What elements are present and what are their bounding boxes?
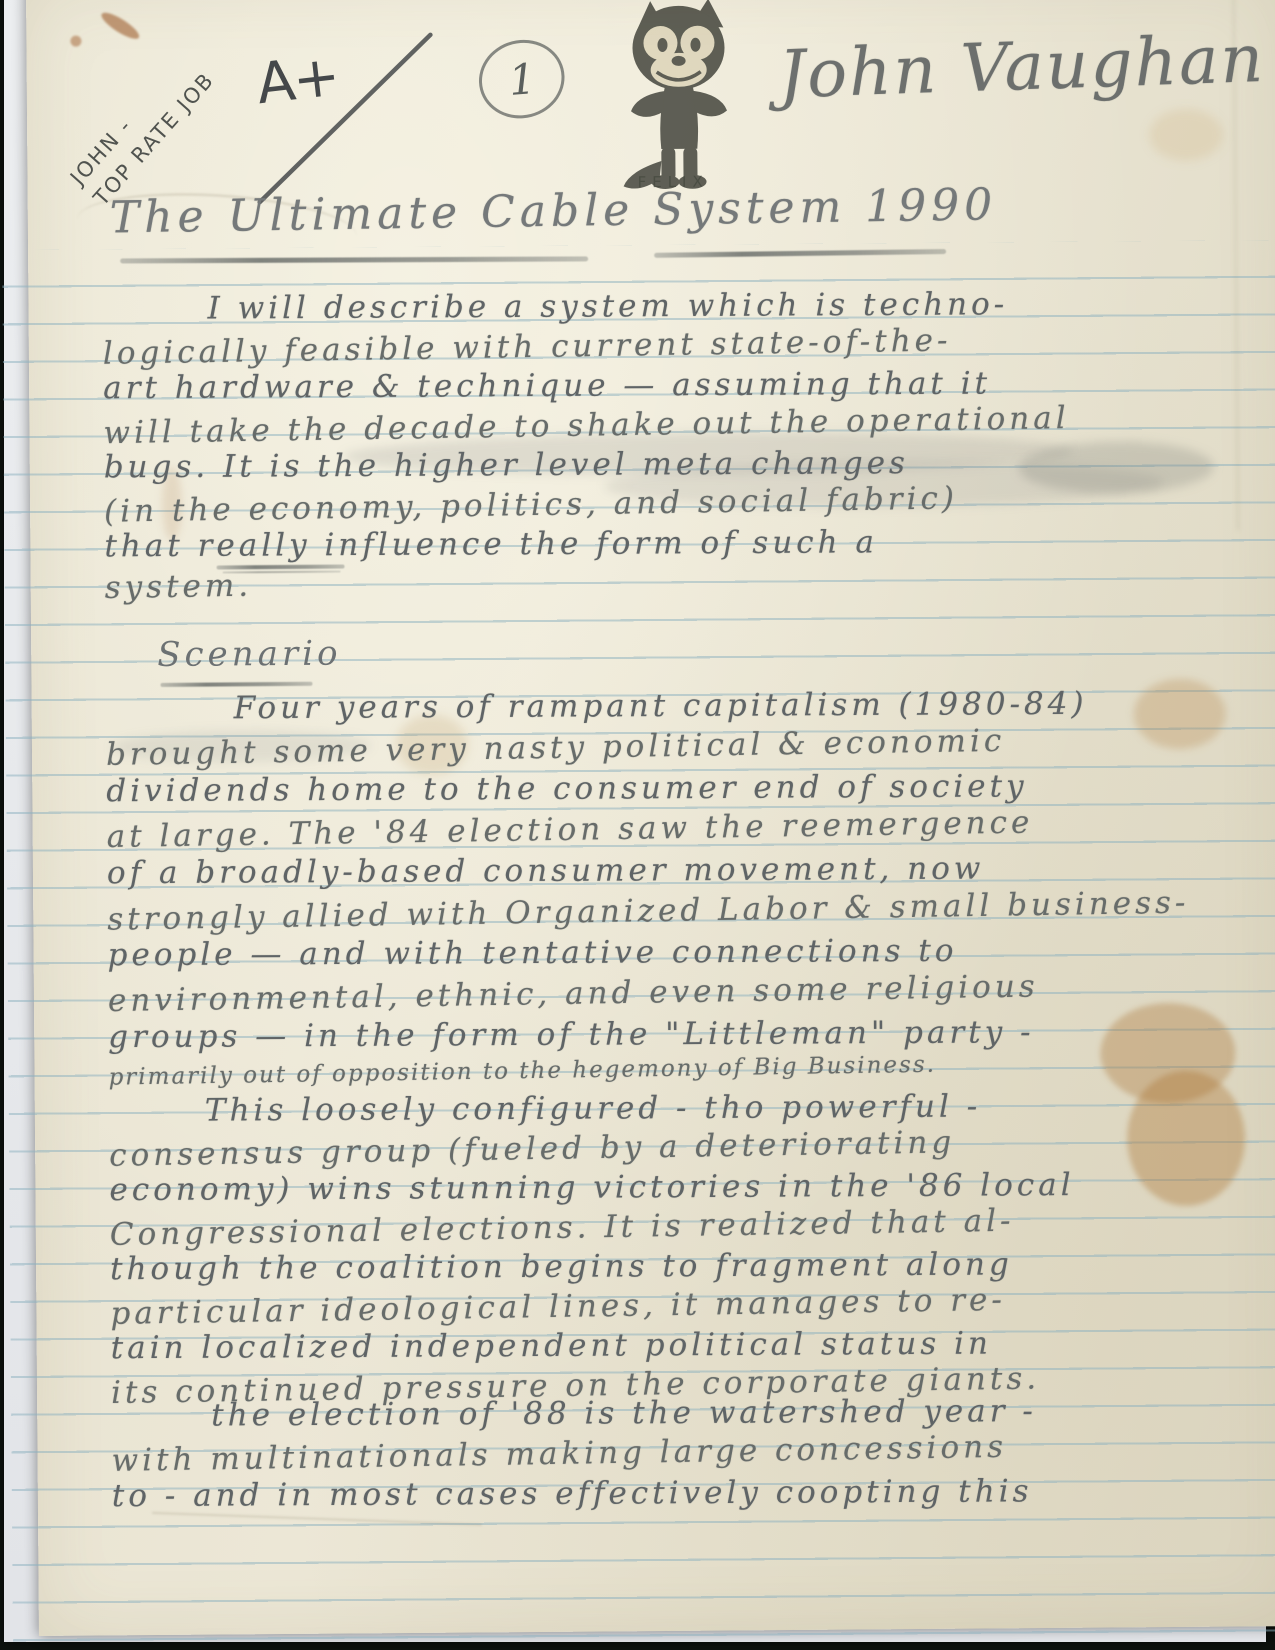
handwriting-line: bugs. It is the higher level meta change… (104, 445, 909, 485)
rust-stain (70, 36, 81, 47)
handwriting-line: I will describe a system which is techno… (207, 286, 1008, 326)
page-number: 1 (507, 54, 537, 105)
handwriting-line: This loosely configured - tho powerful - (205, 1089, 981, 1129)
scenario-heading: Scenario (157, 634, 342, 675)
handwriting-line: Four years of rampant capitalism (1980-8… (234, 686, 1088, 726)
slash-mark (240, 25, 441, 212)
handwriting-line: the election of '88 is the watershed yea… (211, 1393, 1037, 1433)
handwriting-line: that really influence the form of such a (104, 524, 878, 564)
handwriting-line: groups — in the form of the "Littleman" … (108, 1014, 1034, 1055)
handwriting-line: though the coalition begins to fragment … (110, 1246, 1013, 1287)
notebook-page: JOHN - TOP RATE JOB A+ 1 (26, 0, 1275, 1636)
signature: John Vaughan (777, 20, 1266, 114)
handwriting-line: people — and with tentative connections … (108, 933, 958, 973)
stain (1149, 109, 1223, 162)
page-number-circle: 1 (470, 31, 573, 128)
coffee-stain (1127, 1070, 1246, 1206)
handwriting-line: to - and in most cases effectively coopt… (112, 1473, 1033, 1514)
handwriting-line: art hardware & technique — assuming that… (103, 366, 991, 407)
handwriting-line: economy) wins stunning victories in the … (109, 1167, 1074, 1208)
coffee-stain (1133, 679, 1226, 750)
rust-stain (98, 8, 142, 43)
felix-cat-stamp-icon (598, 0, 750, 200)
handwriting-line: dividends home to the consumer end of so… (106, 768, 1027, 809)
handwriting-line: of a broadly-based consumer movement, no… (107, 851, 985, 892)
handwriting-line: tain localized independent political sta… (111, 1326, 992, 1367)
grader-note: JOHN - TOP RATE JOB (63, 45, 222, 213)
